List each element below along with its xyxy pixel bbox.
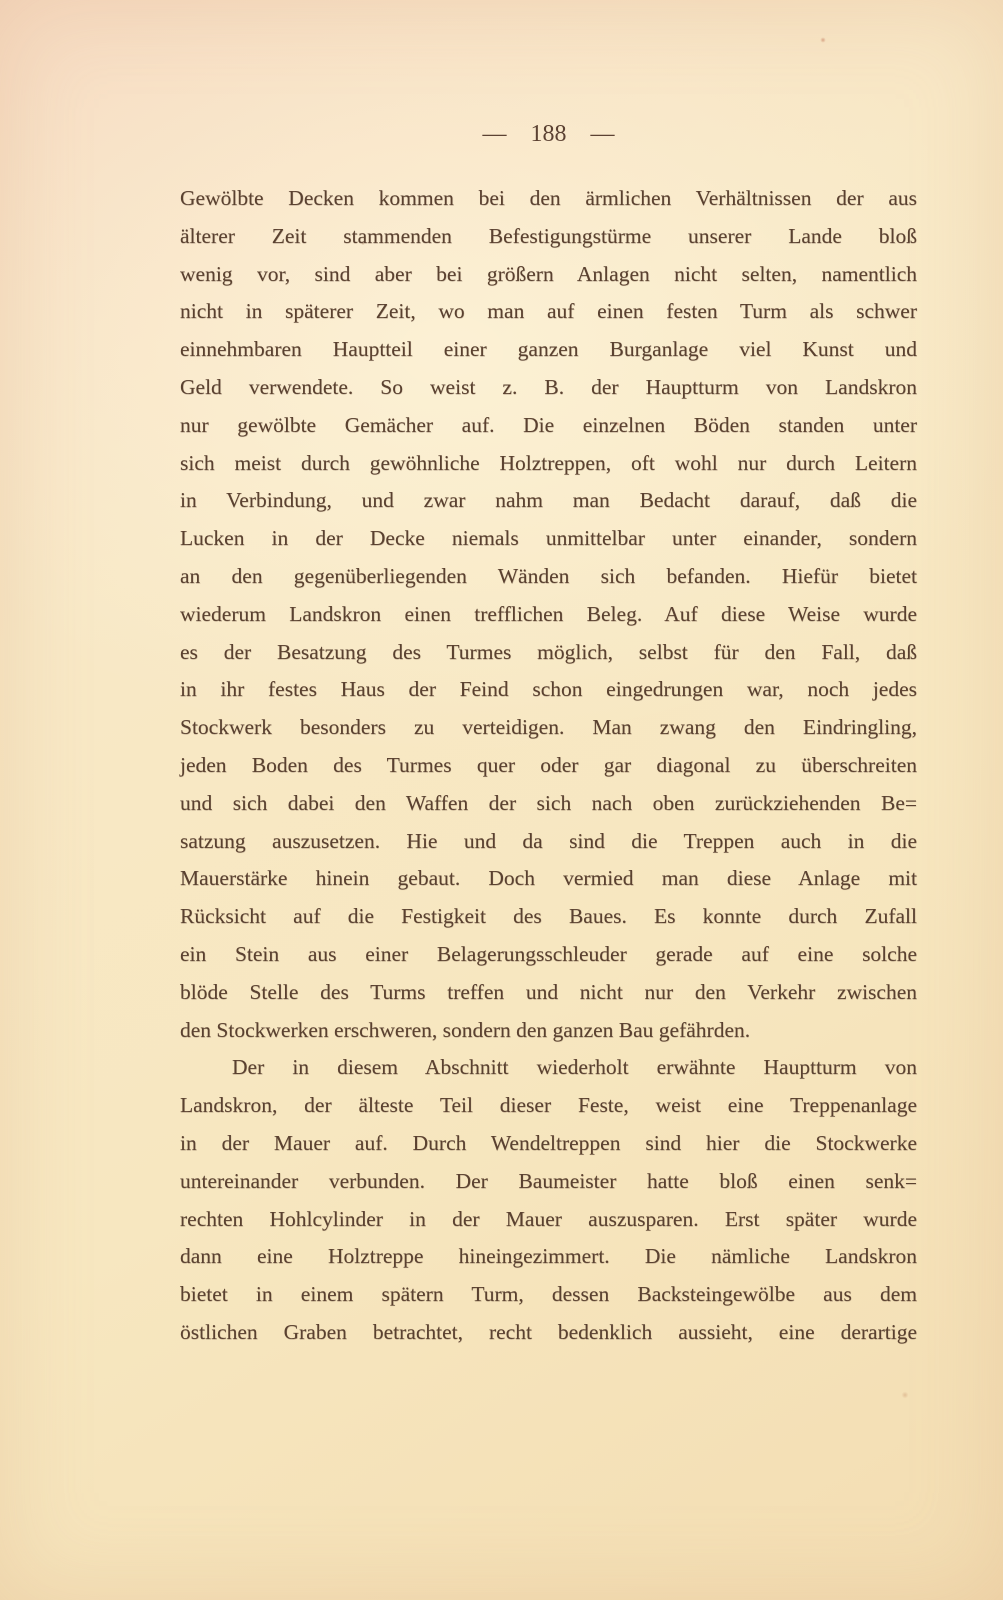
text-line: älterer Zeit stammenden Befestigungstürm…	[180, 218, 917, 256]
text-line: dann eine Holztreppe hineingezimmert. Di…	[180, 1238, 917, 1276]
book-page: — 188 — Gewölbte Decken kommen bei den ä…	[0, 0, 1003, 1600]
text-line: Stockwerk besonders zu verteidigen. Man …	[180, 709, 917, 747]
text-line: blöde Stelle des Turms treffen und nicht…	[180, 974, 917, 1012]
text-line: in der Mauer auf. Durch Wendeltreppen si…	[180, 1125, 917, 1163]
text-line: in ihr festes Haus der Feind schon einge…	[180, 671, 917, 709]
text-line: es der Besatzung des Turmes möglich, sel…	[180, 634, 917, 672]
text-block: Gewölbte Decken kommen bei den ärmlichen…	[180, 180, 917, 1352]
text-line: Geld verwendete. So weist z. B. der Haup…	[180, 369, 917, 407]
text-line: wiederum Landskron einen trefflichen Bel…	[180, 596, 917, 634]
text-line: nur gewölbte Gemächer auf. Die einzelnen…	[180, 407, 917, 445]
text-line: Landskron, der älteste Teil dieser Feste…	[180, 1087, 917, 1125]
text-line: Gewölbte Decken kommen bei den ärmlichen…	[180, 180, 917, 218]
text-line: Rücksicht auf die Festigkeit des Baues. …	[180, 898, 917, 936]
text-line: in Verbindung, und zwar nahm man Bedacht…	[180, 482, 917, 520]
text-line: sich meist durch gewöhnliche Holztreppen…	[180, 445, 917, 483]
text-line: rechten Hohlcylinder in der Mauer auszus…	[180, 1201, 917, 1239]
text-line: den Stockwerken erschweren, sondern den …	[180, 1012, 917, 1050]
text-line: jeden Boden des Turmes quer oder gar dia…	[180, 747, 917, 785]
text-line: östlichen Graben betrachtet, recht beden…	[180, 1314, 917, 1352]
text-line: Lucken in der Decke niemals unmittelbar …	[180, 520, 917, 558]
text-line: einnehmbaren Hauptteil einer ganzen Burg…	[180, 331, 917, 369]
text-line: und sich dabei den Waffen der sich nach …	[180, 785, 917, 823]
text-line: Mauerstärke hinein gebaut. Doch vermied …	[180, 860, 917, 898]
text-line: wenig vor, sind aber bei größern Anlagen…	[180, 256, 917, 294]
page-number: — 188 —	[180, 121, 917, 148]
text-line: an den gegenüberliegenden Wänden sich be…	[180, 558, 917, 596]
text-line: bietet in einem spätern Turm, dessen Bac…	[180, 1276, 917, 1314]
text-line: satzung auszusetzen. Hie und da sind die…	[180, 823, 917, 861]
text-line: untereinander verbunden. Der Baumeister …	[180, 1163, 917, 1201]
text-line: Der in diesem Abschnitt wiederholt erwäh…	[180, 1049, 917, 1087]
text-line: nicht in späterer Zeit, wo man auf einen…	[180, 293, 917, 331]
text-line: ein Stein aus einer Belagerungsschleuder…	[180, 936, 917, 974]
